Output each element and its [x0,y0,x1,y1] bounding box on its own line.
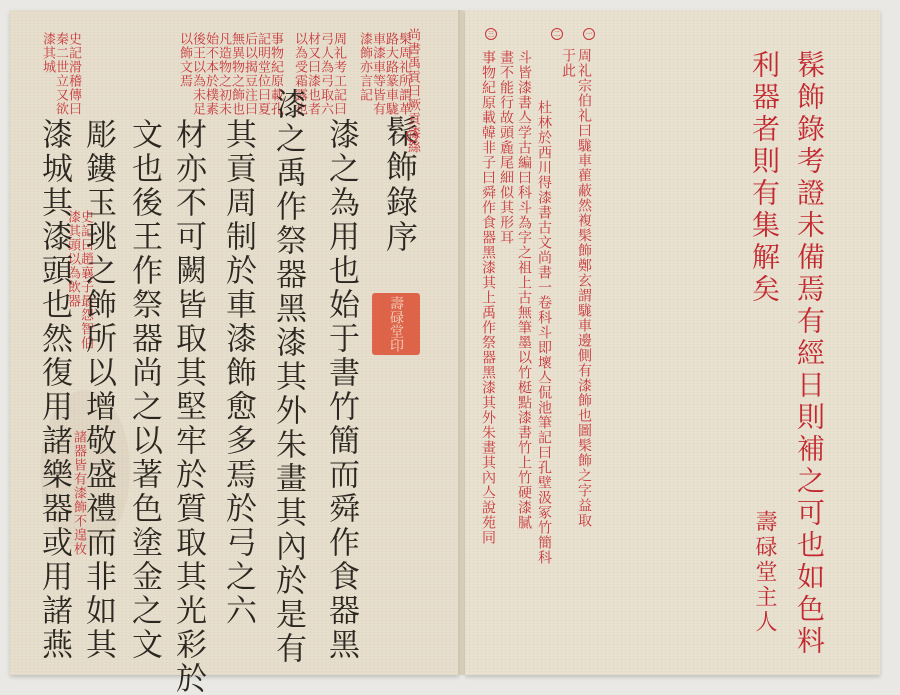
main-text-column: 文也後王作祭器尚之以著色塗金之文 [128,118,159,662]
main-text-column: 漆之禹作祭器黑漆其外朱畫其內於是有 [272,88,303,666]
signature: 壽碌堂主人 [753,510,775,635]
left-page: 髹飾錄序 一 壽碌堂印 尚書禹貢曰厥貢漆絲 髤周礼所謂革路大路篆車駹車漆車等皆有… [10,10,459,675]
main-text-column: 漆之為用也始于書竹簡而舜作食器黑 [325,118,356,662]
note-1-line: 周礼宗伯礼曰駹車雚蔽然複髤飾鄭玄謂駹車邊側有漆飾也圖髤飾之字益取 [577,48,591,528]
note-2-cont: 畫不能行故頭麁尾細似其形耳 [499,50,513,245]
preface-column: 髹飾錄考證未備焉有經日則補之可也如色料 [795,50,823,658]
note-marker-3: 三 [485,28,497,40]
note-marker-1: 一 [583,28,595,40]
note-2-cont: 斗皆漆書亼学古編曰科斗為字之祖上古無筆墨以竹梃點漆書竹上竹硬漆膩 [517,50,531,530]
red-seal-stamp: 壽碌堂印 [372,293,420,355]
right-page: 髹飾錄考證未備焉有經日則補之可也如色料 利器者則有集解矣 壽碌堂主人 一 周礼宗… [465,10,880,675]
book-spread: 髹飾錄序 一 壽碌堂印 尚書禹貢曰厥貢漆絲 髤周礼所謂革路大路篆車駹車漆車等皆有… [10,10,885,685]
main-text-column: 材亦不可闕皆取其堅牢於質取其光彩於 [172,118,203,695]
note-2-line: 杜林於西川得漆書古文尚書一卷科斗即壞亼侃池筆記曰孔壁汲冢竹簡科 [537,100,551,565]
book-spine [458,10,465,675]
note-5-line: 髤周礼所謂革路大路篆車駹車漆車等皆有漆飾亦言記 [350,32,410,122]
note-marker-2: 二 [551,28,563,40]
note-7-line: 事物紀原載孔記明堂位曰夏后以揭豆注曰無異物之飾也凡造物之初未始不本於樸素後王以為… [92,32,282,120]
main-text-column: 其貢周制於車漆飾愈多焉於弓之六 [222,118,253,628]
note-3-line: 事物紀原載韓非子曰舜作食器黑漆其上禹作祭器黑漆其外朱畫其內亼說苑同 [481,50,495,545]
main-text-column: 彫鏤玉珧之飾所以增敬盛禮而非如其 [82,118,113,662]
note-1-cont: 于此 [561,48,575,78]
main-text-column: 漆城其漆頭也然復用諸樂器或用諸燕 [38,118,69,662]
preface-column: 利器者則有集解矣 [750,50,778,306]
note-8-line: 史記滑稽傳曰秦二世立又欲漆其城 [20,32,80,122]
